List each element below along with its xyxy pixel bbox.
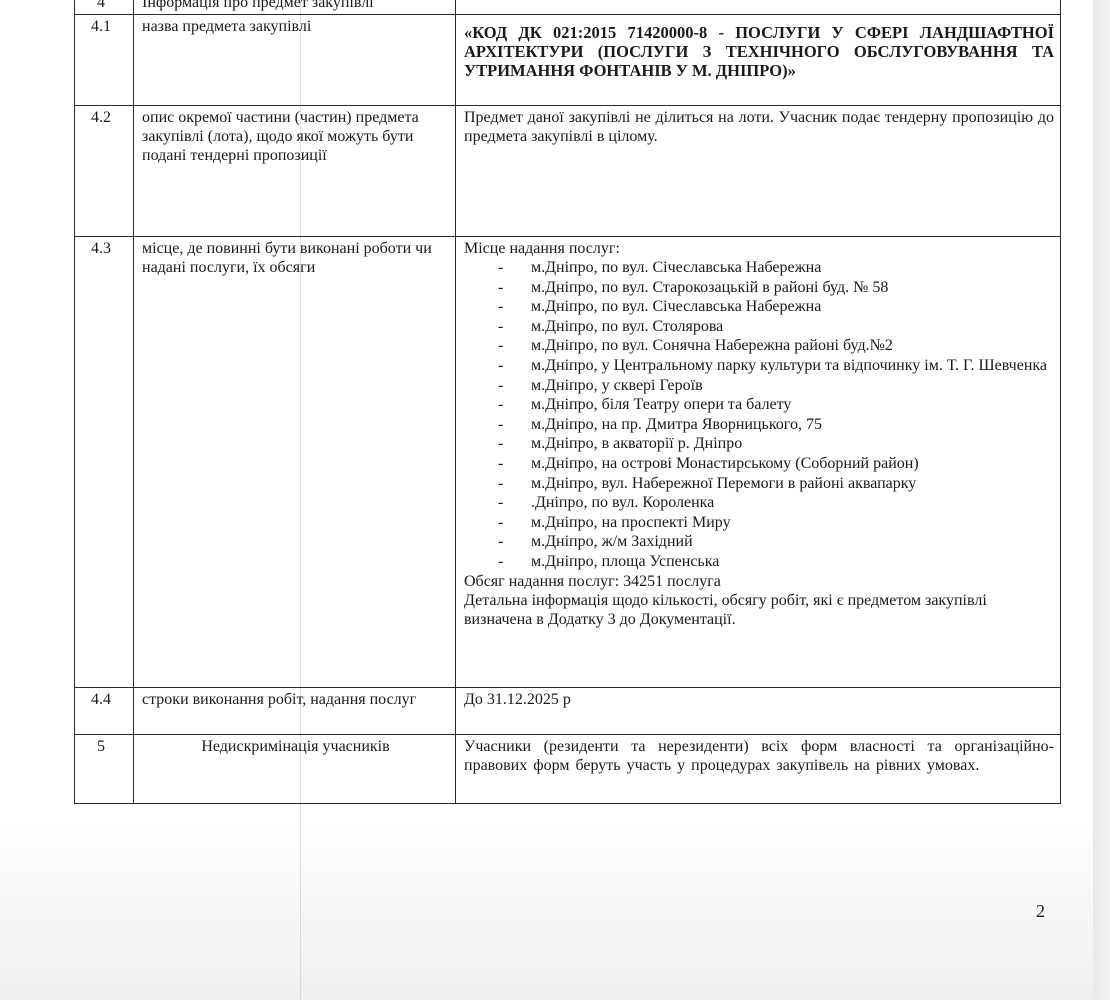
row-number: 4.2 [75,106,134,237]
table-row-section-4: 4 Інформація про предмет закупівлі [75,0,1061,15]
row-label: Недискримінація учасників [134,735,456,804]
row-label: місце, де повинні бути виконані роботи ч… [134,237,456,688]
location-text: м.Дніпро, на проспекті Миру [531,514,731,531]
page-edge-strip [1093,0,1110,1000]
locations-list: -м.Дніпро, по вул. Січеславська Набережн… [464,258,1054,572]
dash-bullet-icon: - [498,336,503,356]
dash-bullet-icon: - [498,474,503,494]
details-note: Детальна інформація щодо кількості, обся… [464,591,1054,629]
dash-bullet-icon: - [498,297,503,317]
location-text: м.Дніпро, по вул. Столярова [531,318,723,335]
table-row-4-4: 4.4 строки виконання робіт, надання посл… [75,688,1061,735]
location-item: -м.Дніпро, на проспекті Миру [464,513,1054,533]
location-item: -м.Дніпро, по вул. Столярова [464,317,1054,337]
dash-bullet-icon: - [498,395,503,415]
dash-bullet-icon: - [498,454,503,474]
row-value: До 31.12.2025 р [456,688,1061,735]
location-text: .Дніпро, по вул. Короленка [531,494,714,511]
table-row-4-3: 4.3 місце, де повинні бути виконані робо… [75,237,1061,688]
location-item: -м.Дніпро, по вул. Січеславська Набережн… [464,297,1054,317]
location-item: -м.Дніпро, по вул. Старокозацькій в райо… [464,278,1054,298]
location-text: м.Дніпро, ж/м Західний [531,533,693,550]
location-item: -м.Дніпро, біля Театру опери та балету [464,395,1054,415]
dash-bullet-icon: - [498,513,503,533]
location-item: -м.Дніпро, у сквері Героїв [464,376,1054,396]
dash-bullet-icon: - [498,258,503,278]
location-text: м.Дніпро, по вул. Сонячна Набережна райо… [531,337,893,354]
location-item: -м.Дніпро, на острові Монастирському (Со… [464,454,1054,474]
row-number: 4 [75,0,134,15]
dash-bullet-icon: - [498,434,503,454]
location-text: м.Дніпро, по вул. Січеславська Набережна [531,259,821,276]
procurement-title: «КОД ДК 021:2015 71420000-8 - ПОСЛУГИ У … [464,23,1054,80]
dash-bullet-icon: - [498,278,503,298]
row-value: Місце надання послуг: -м.Дніпро, по вул.… [456,237,1061,688]
location-text: м.Дніпро, по вул. Січеславська Набережна [531,298,821,315]
location-item: -м.Дніпро, площа Успенська [464,552,1054,572]
row-label: назва предмета закупівлі [134,15,456,106]
location-item: -м.Дніпро, ж/м Західний [464,532,1054,552]
row-number: 4.3 [75,237,134,688]
page-number: 2 [1036,901,1045,922]
dash-bullet-icon: - [498,376,503,396]
location-text: м.Дніпро, вул. Набережної Перемоги в рай… [531,475,916,492]
dash-bullet-icon: - [498,532,503,552]
dash-bullet-icon: - [498,415,503,435]
table-row-5: 5 Недискримінація учасників Учасники (ре… [75,735,1061,804]
row-label: Інформація про предмет закупівлі [134,0,456,15]
location-item: -м.Дніпро, у Центральному парку культури… [464,356,1054,376]
row-value: Предмет даної закупівлі не ділиться на л… [456,106,1061,237]
location-text: м.Дніпро, біля Театру опери та балету [531,396,791,413]
locations-heading: Місце надання послуг: [464,239,1054,258]
location-item: -.Дніпро, по вул. Короленка [464,493,1054,513]
location-item: -м.Дніпро, по вул. Січеславська Набережн… [464,258,1054,278]
row-label: строки виконання робіт, надання послуг [134,688,456,735]
row-number: 4.1 [75,15,134,106]
location-item: -м.Дніпро, по вул. Сонячна Набережна рай… [464,336,1054,356]
location-text: м.Дніпро, у Центральному парку культури … [531,357,1047,374]
row-number: 5 [75,735,134,804]
location-text: м.Дніпро, на пр. Дмитра Яворницького, 75 [531,416,822,433]
location-item: -м.Дніпро, вул. Набережної Перемоги в ра… [464,474,1054,494]
location-text: м.Дніпро, на острові Монастирському (Соб… [531,455,919,472]
location-item: -м.Дніпро, на пр. Дмитра Яворницького, 7… [464,415,1054,435]
row-value-empty [456,0,1061,15]
location-text: м.Дніпро, у сквері Героїв [531,377,703,394]
table-row-4-2: 4.2 опис окремої частини (частин) предме… [75,106,1061,237]
location-text: м.Дніпро, в акваторії р. Дніпро [531,435,742,452]
service-volume: Обсяг надання послуг: 34251 послуга [464,572,1054,591]
row-number: 4.4 [75,688,134,735]
location-text: м.Дніпро, площа Успенська [531,553,719,570]
dash-bullet-icon: - [498,317,503,337]
table-row-4-1: 4.1 назва предмета закупівлі «КОД ДК 021… [75,15,1061,106]
row-value: «КОД ДК 021:2015 71420000-8 - ПОСЛУГИ У … [456,15,1061,106]
dash-bullet-icon: - [498,552,503,572]
location-item: -м.Дніпро, в акваторії р. Дніпро [464,434,1054,454]
location-text: м.Дніпро, по вул. Старокозацькій в район… [531,279,888,296]
row-label: опис окремої частини (частин) предмета з… [134,106,456,237]
row-value: Учасники (резиденти та нерезиденти) всіх… [456,735,1061,804]
dash-bullet-icon: - [498,356,503,376]
dash-bullet-icon: - [498,493,503,513]
procurement-info-table: 4 Інформація про предмет закупівлі 4.1 н… [74,0,1061,804]
